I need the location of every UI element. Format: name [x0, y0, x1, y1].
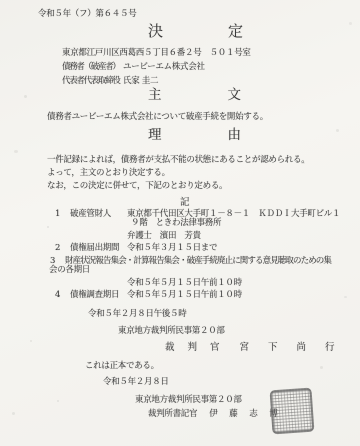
- appendix-item-3-label-line-1: 3財産状況報告集会・計算報告集会・破産手続廃止に関する意見聴取のための集: [50, 256, 331, 267]
- scan-speck: [301, 162, 305, 164]
- representative-name: 氏家 圭二: [123, 76, 158, 86]
- clerk-title: 裁判所書記官: [148, 409, 197, 419]
- appendix-item-4-label: 4債権調査期日: [55, 290, 119, 301]
- representative-line: 代表者代表取締役氏家 圭二: [62, 76, 158, 87]
- certification-statement: これは正本である。: [85, 361, 159, 372]
- certification-date: 令和５年２月８日: [103, 377, 169, 388]
- scan-speck: [12, 412, 15, 415]
- judge-name: 宮下尚行: [240, 342, 354, 353]
- appendix-item-3-label-line-2: 会の各期日: [49, 265, 90, 276]
- reason-heading: 理由: [148, 130, 307, 141]
- trustee-attorney-name: 弁護士 濱田 芳貴: [127, 231, 201, 242]
- scan-speck: [344, 296, 347, 298]
- debtor-name: ユービーエム株式会社: [123, 62, 205, 72]
- scan-speck: [47, 226, 49, 228]
- clerk-seal-stamp: [270, 388, 315, 435]
- scan-speck: [24, 95, 27, 98]
- debtor-label: 債務者（破産者）: [62, 62, 123, 73]
- scan-speck: [336, 129, 339, 132]
- decision-datetime: 令和５年２月８日午後５時: [88, 309, 186, 320]
- debtor-line: 債務者（破産者）ユービーエム株式会社: [62, 62, 205, 73]
- item-1-number: 1: [55, 209, 70, 220]
- certification-court: 東京地方裁判所民事第２０部: [135, 395, 242, 406]
- court-decision-document: 令和５年（フ）第６４５号 決定 東京都江戸川区西葛西５丁目６番２号 ５０１号室 …: [0, 0, 360, 446]
- clerk-signature-line: 裁判所書記官伊藤志博: [148, 409, 289, 420]
- appendix-item-2-label: 2債権届出期間: [55, 243, 119, 254]
- judge-signature-line: 裁判官宮下尚行: [165, 342, 354, 353]
- judge-title: 裁判官: [165, 342, 233, 353]
- decision-court: 東京地方裁判所民事第２０部: [118, 326, 225, 337]
- scan-speck: [349, 22, 352, 25]
- reason-line-2: よって，主文のとおり決定する。: [47, 168, 170, 179]
- main-text-body: 債務者ユービーエム株式会社について破産手続を開始する。: [47, 112, 268, 123]
- document-title: 決定: [148, 26, 308, 37]
- appendix-heading: 記: [180, 197, 190, 208]
- appendix-item-1-label: 1破産管財人: [55, 209, 111, 220]
- scan-speck: [320, 366, 323, 369]
- claim-filing-deadline: 令和５年３月１５日まで: [127, 243, 217, 254]
- debtor-address: 東京都江戸川区西葛西５丁目６番２号 ５０１号室: [62, 48, 251, 59]
- item-4-number: 4: [55, 290, 70, 301]
- creditors-meeting-date: 令和５年５月１５日午前１０時: [127, 278, 242, 289]
- representative-label: 代表者代表取締役: [62, 76, 123, 87]
- item-2-number: 2: [55, 243, 70, 254]
- scan-speck: [30, 340, 32, 342]
- claim-investigation-date: 令和５年５月１５日午前１０時: [127, 290, 242, 301]
- case-number: 令和５年（フ）第６４５号: [38, 9, 136, 20]
- trustee-address-line-2: ９階 ときわ法律事務所: [131, 218, 221, 229]
- scan-speck: [57, 400, 59, 402]
- reason-line-3: なお，この決定に併せて，下記のとおり定める。: [47, 181, 227, 192]
- main-text-heading: 主文: [148, 90, 307, 101]
- scan-speck: [14, 150, 18, 153]
- reason-line-1: 一件記録によれば，債務者が支払不能の状態にあることが認められる。: [47, 155, 309, 166]
